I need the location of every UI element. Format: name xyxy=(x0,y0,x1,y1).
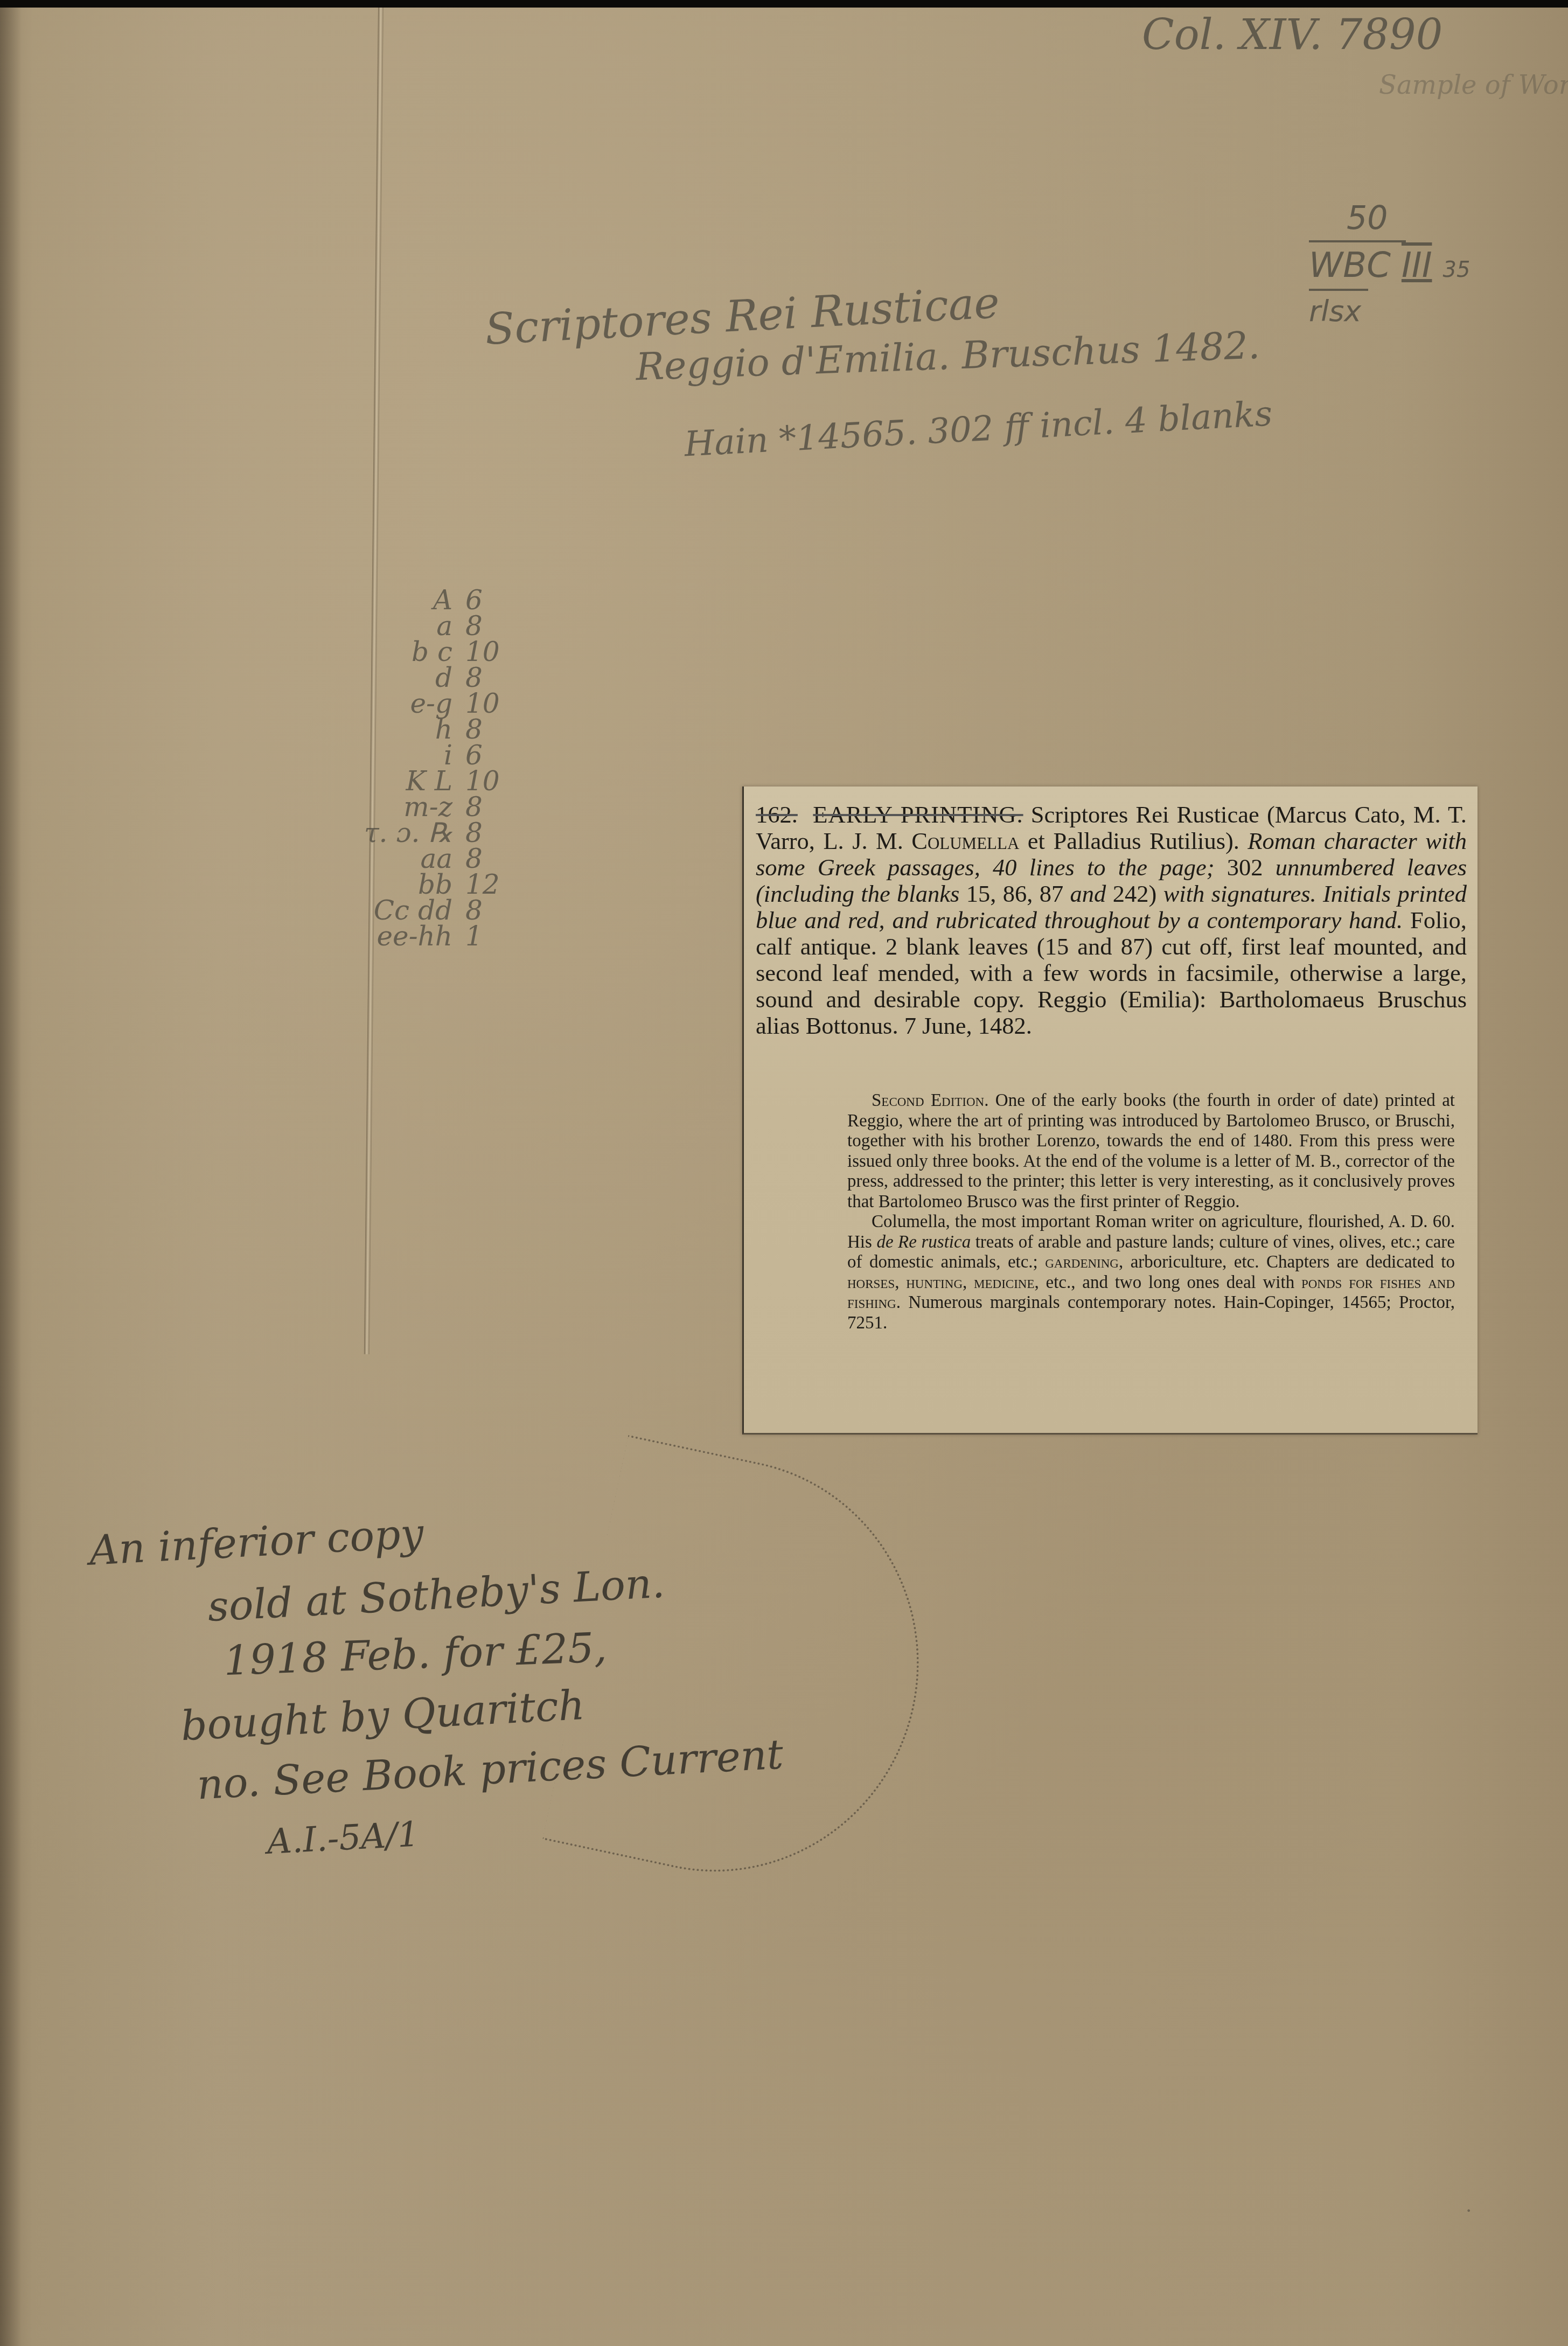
collection-reference: Col. XIV. 7890 xyxy=(1142,11,1442,59)
title-note-line-3: Hain *14565. 302 ff incl. 4 blanks xyxy=(684,394,1273,464)
collation-row: i6 xyxy=(350,742,508,768)
lot-note: Second Edition. One of the early books (… xyxy=(847,1091,1455,1333)
collation-row: Cc dd8 xyxy=(350,897,508,923)
shelfmark-roman: III xyxy=(1402,246,1432,286)
shelfmark-bottom: rlsx xyxy=(1309,294,1361,328)
collation-row: ee-hh1 xyxy=(350,923,508,949)
shelfmark: 50 WBC III 35 rlsx xyxy=(1309,199,1470,328)
scan-top-border xyxy=(0,0,1568,8)
provenance-note: An inferior copy sold at Sotheby's Lon. … xyxy=(89,1503,784,1858)
lot-heading: EARLY PRINTING. xyxy=(813,801,1023,828)
collation-row: K L10 xyxy=(350,768,508,794)
collation-row: a8 xyxy=(350,613,508,639)
collation-row: aa8 xyxy=(350,846,508,872)
author-name: Columella xyxy=(911,827,1019,854)
shelfmark-sup: 35 xyxy=(1443,257,1471,282)
shelfmark-code: WBC xyxy=(1309,246,1391,286)
collation-row: m-z8 xyxy=(350,794,508,820)
edition-label: Second Edition. xyxy=(872,1091,988,1110)
shelfmark-number: 50 xyxy=(1347,199,1470,237)
page-gutter-shadow xyxy=(0,8,22,2346)
catalogue-clipping: 162. EARLY PRINTING. Scriptores Rei Rust… xyxy=(742,786,1478,1435)
collation-row: h8 xyxy=(350,716,508,742)
collation-row: e-g10 xyxy=(350,691,508,716)
collation-list: A6 a8 b c10 d8 e-g10 h8 i6 K L10 m-z8 τ.… xyxy=(350,587,508,949)
collation-row: τ. ɔ. ℞8 xyxy=(350,820,508,846)
collation-row: d8 xyxy=(350,665,508,691)
lot-description: 162. EARLY PRINTING. Scriptores Rei Rust… xyxy=(756,802,1467,1039)
stray-mark: · xyxy=(1465,2198,1472,2223)
collation-row: bb12 xyxy=(350,872,508,897)
lot-number: 162. xyxy=(756,801,798,828)
collation-row: A6 xyxy=(350,587,508,613)
faint-note: Sample of Works xyxy=(1379,70,1568,100)
collation-row: b c10 xyxy=(350,639,508,665)
